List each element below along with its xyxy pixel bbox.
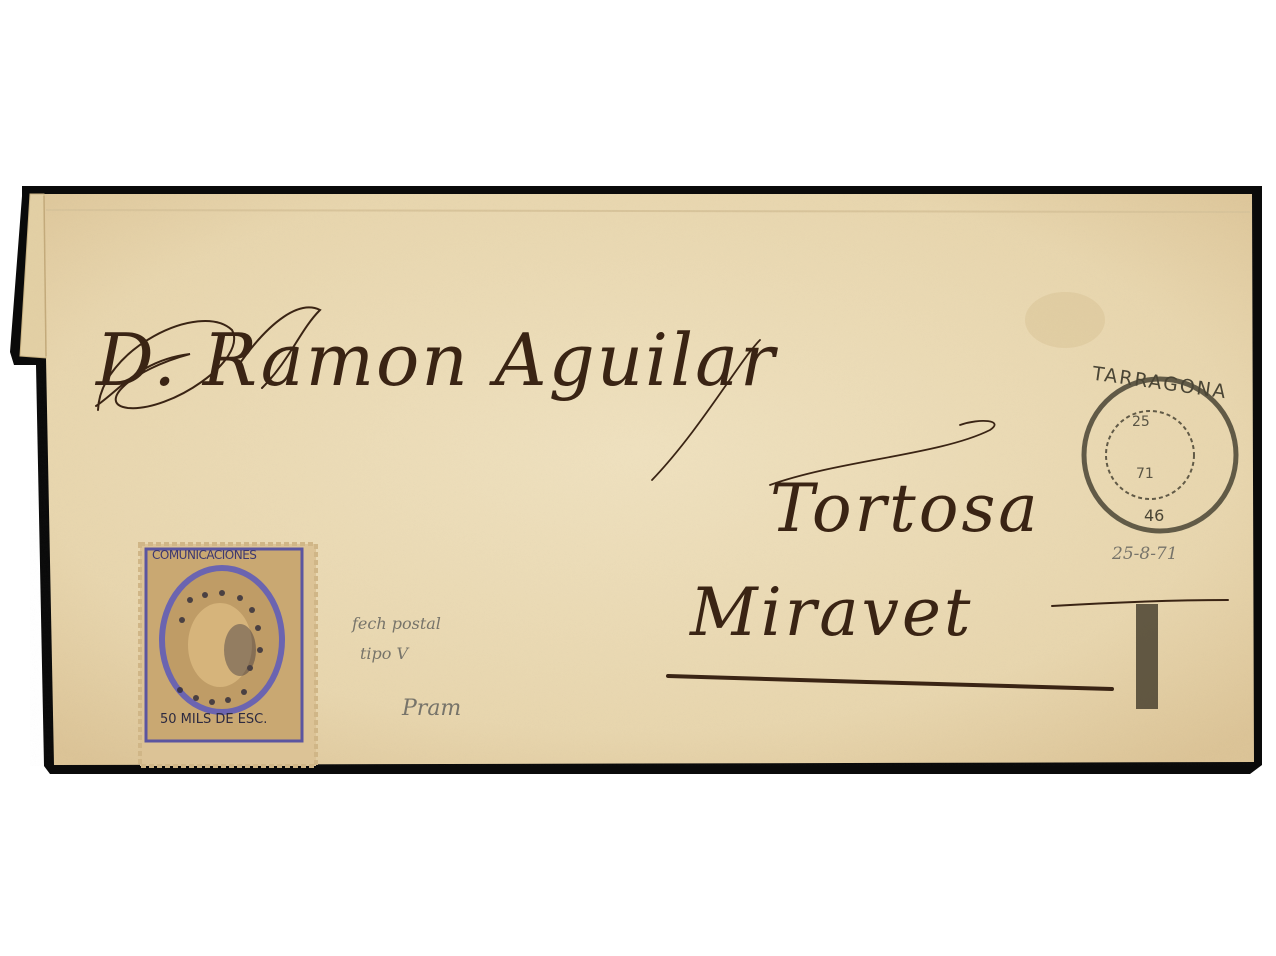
pencil-note-line2: tipo V [360, 644, 408, 663]
address-line-city: Tortosa [770, 470, 1041, 547]
postage-stamp [140, 544, 316, 766]
pencil-date-note: 25-8-71 [1112, 544, 1178, 564]
postmark-day: 25 [1132, 414, 1150, 430]
cover-illustration [0, 0, 1276, 956]
address-line-town: Miravet [690, 574, 973, 651]
cancel-bar [1136, 604, 1158, 709]
postmark-year: 71 [1136, 466, 1154, 482]
address-line-name: D. Ramon Aguilar [96, 318, 776, 402]
stamp-value-text: 50 MILS DE ESC. [160, 712, 267, 727]
stamp-top-text: COMUNICACIONES [152, 548, 256, 562]
pencil-signature: Pram [402, 696, 461, 721]
letter-image: COMUNICACIONES 50 MILS DE ESC. D. Ramon … [0, 0, 1276, 956]
postmark-number: 46 [1144, 506, 1164, 525]
pencil-note-line1: fech postal [352, 614, 441, 633]
